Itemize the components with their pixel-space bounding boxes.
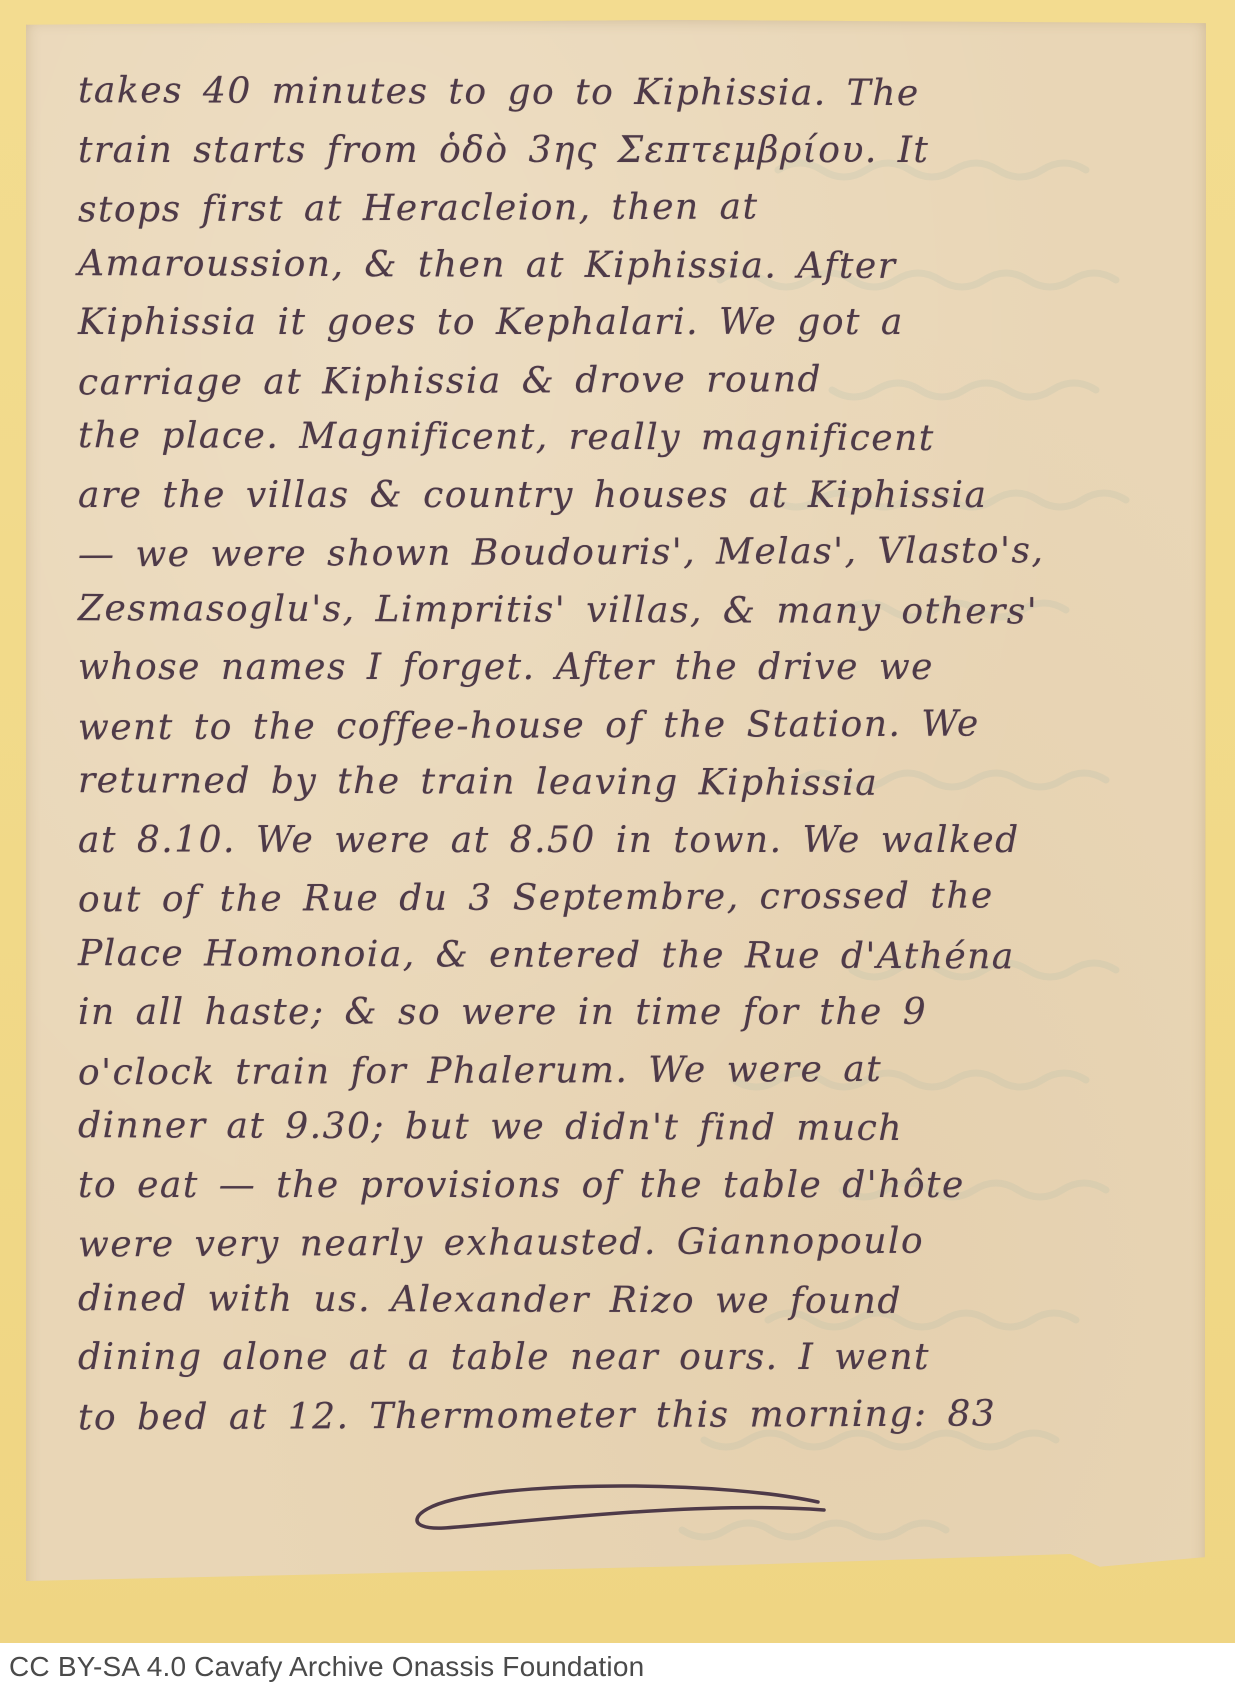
letter-line: returned by the train leaving Kiphissia [78, 752, 1178, 813]
letter-line: are the villas & country houses at Kiphi… [78, 467, 1178, 525]
license-caption: CC BY-SA 4.0 Cavafy Archive Onassis Foun… [9, 1651, 644, 1683]
letter-line: went to the coffee-house of the Station.… [78, 694, 1178, 756]
letter-line: at 8.10. We were at 8.50 in town. We wal… [78, 812, 1178, 870]
letter-line: to eat — the provisions of the table d'h… [78, 1157, 1178, 1215]
letter-line: dinner at 9.30; but we didn't find much [78, 1097, 1178, 1158]
letter-line: out of the Rue du 3 Septembre, crossed t… [78, 867, 1178, 929]
letter-line: Amaroussion, & then at Kiphissia. After [78, 235, 1178, 296]
letter-line: train starts from ὁδὸ 3ης Σεπτεμβρίου. I… [78, 122, 1178, 180]
letter-line: takes 40 minutes to go to Kiphissia. The [78, 62, 1178, 123]
letter-line: the place. Magnificent, really magnifice… [78, 407, 1178, 468]
letter-line: Kiphissia it goes to Kephalari. We got a [78, 294, 1178, 352]
letter-line: dined with us. Alexander Rizo we found [78, 1270, 1178, 1331]
letter-text-block: takes 40 minutes to go to Kiphissia. The… [78, 64, 1178, 1444]
letter-line: were very nearly exhausted. Giannopoulo [78, 1212, 1178, 1274]
signature-flourish [386, 1468, 846, 1558]
letter-line: whose names I forget. After the drive we [78, 639, 1178, 697]
letter-line: — we were shown Boudouris', Melas', Vlas… [78, 522, 1178, 584]
letter-line: to bed at 12. Thermometer this morning: … [78, 1384, 1178, 1446]
letter-line: Place Homonoia, & entered the Rue d'Athé… [78, 925, 1178, 986]
manuscript-page: takes 40 minutes to go to Kiphissia. The… [26, 20, 1206, 1608]
letter-line: o'clock train for Phalerum. We were at [78, 1039, 1178, 1101]
letter-line: stops first at Heracleion, then at [78, 177, 1178, 239]
license-caption-bar: CC BY-SA 4.0 Cavafy Archive Onassis Foun… [0, 1643, 1235, 1691]
letter-line: in all haste; & so were in time for the … [78, 984, 1178, 1042]
letter-line: dining alone at a table near ours. I wen… [78, 1329, 1178, 1387]
letter-line: carriage at Kiphissia & drove round [78, 349, 1178, 411]
letter-line: Zesmasoglu's, Limpritis' villas, & many … [78, 580, 1178, 641]
